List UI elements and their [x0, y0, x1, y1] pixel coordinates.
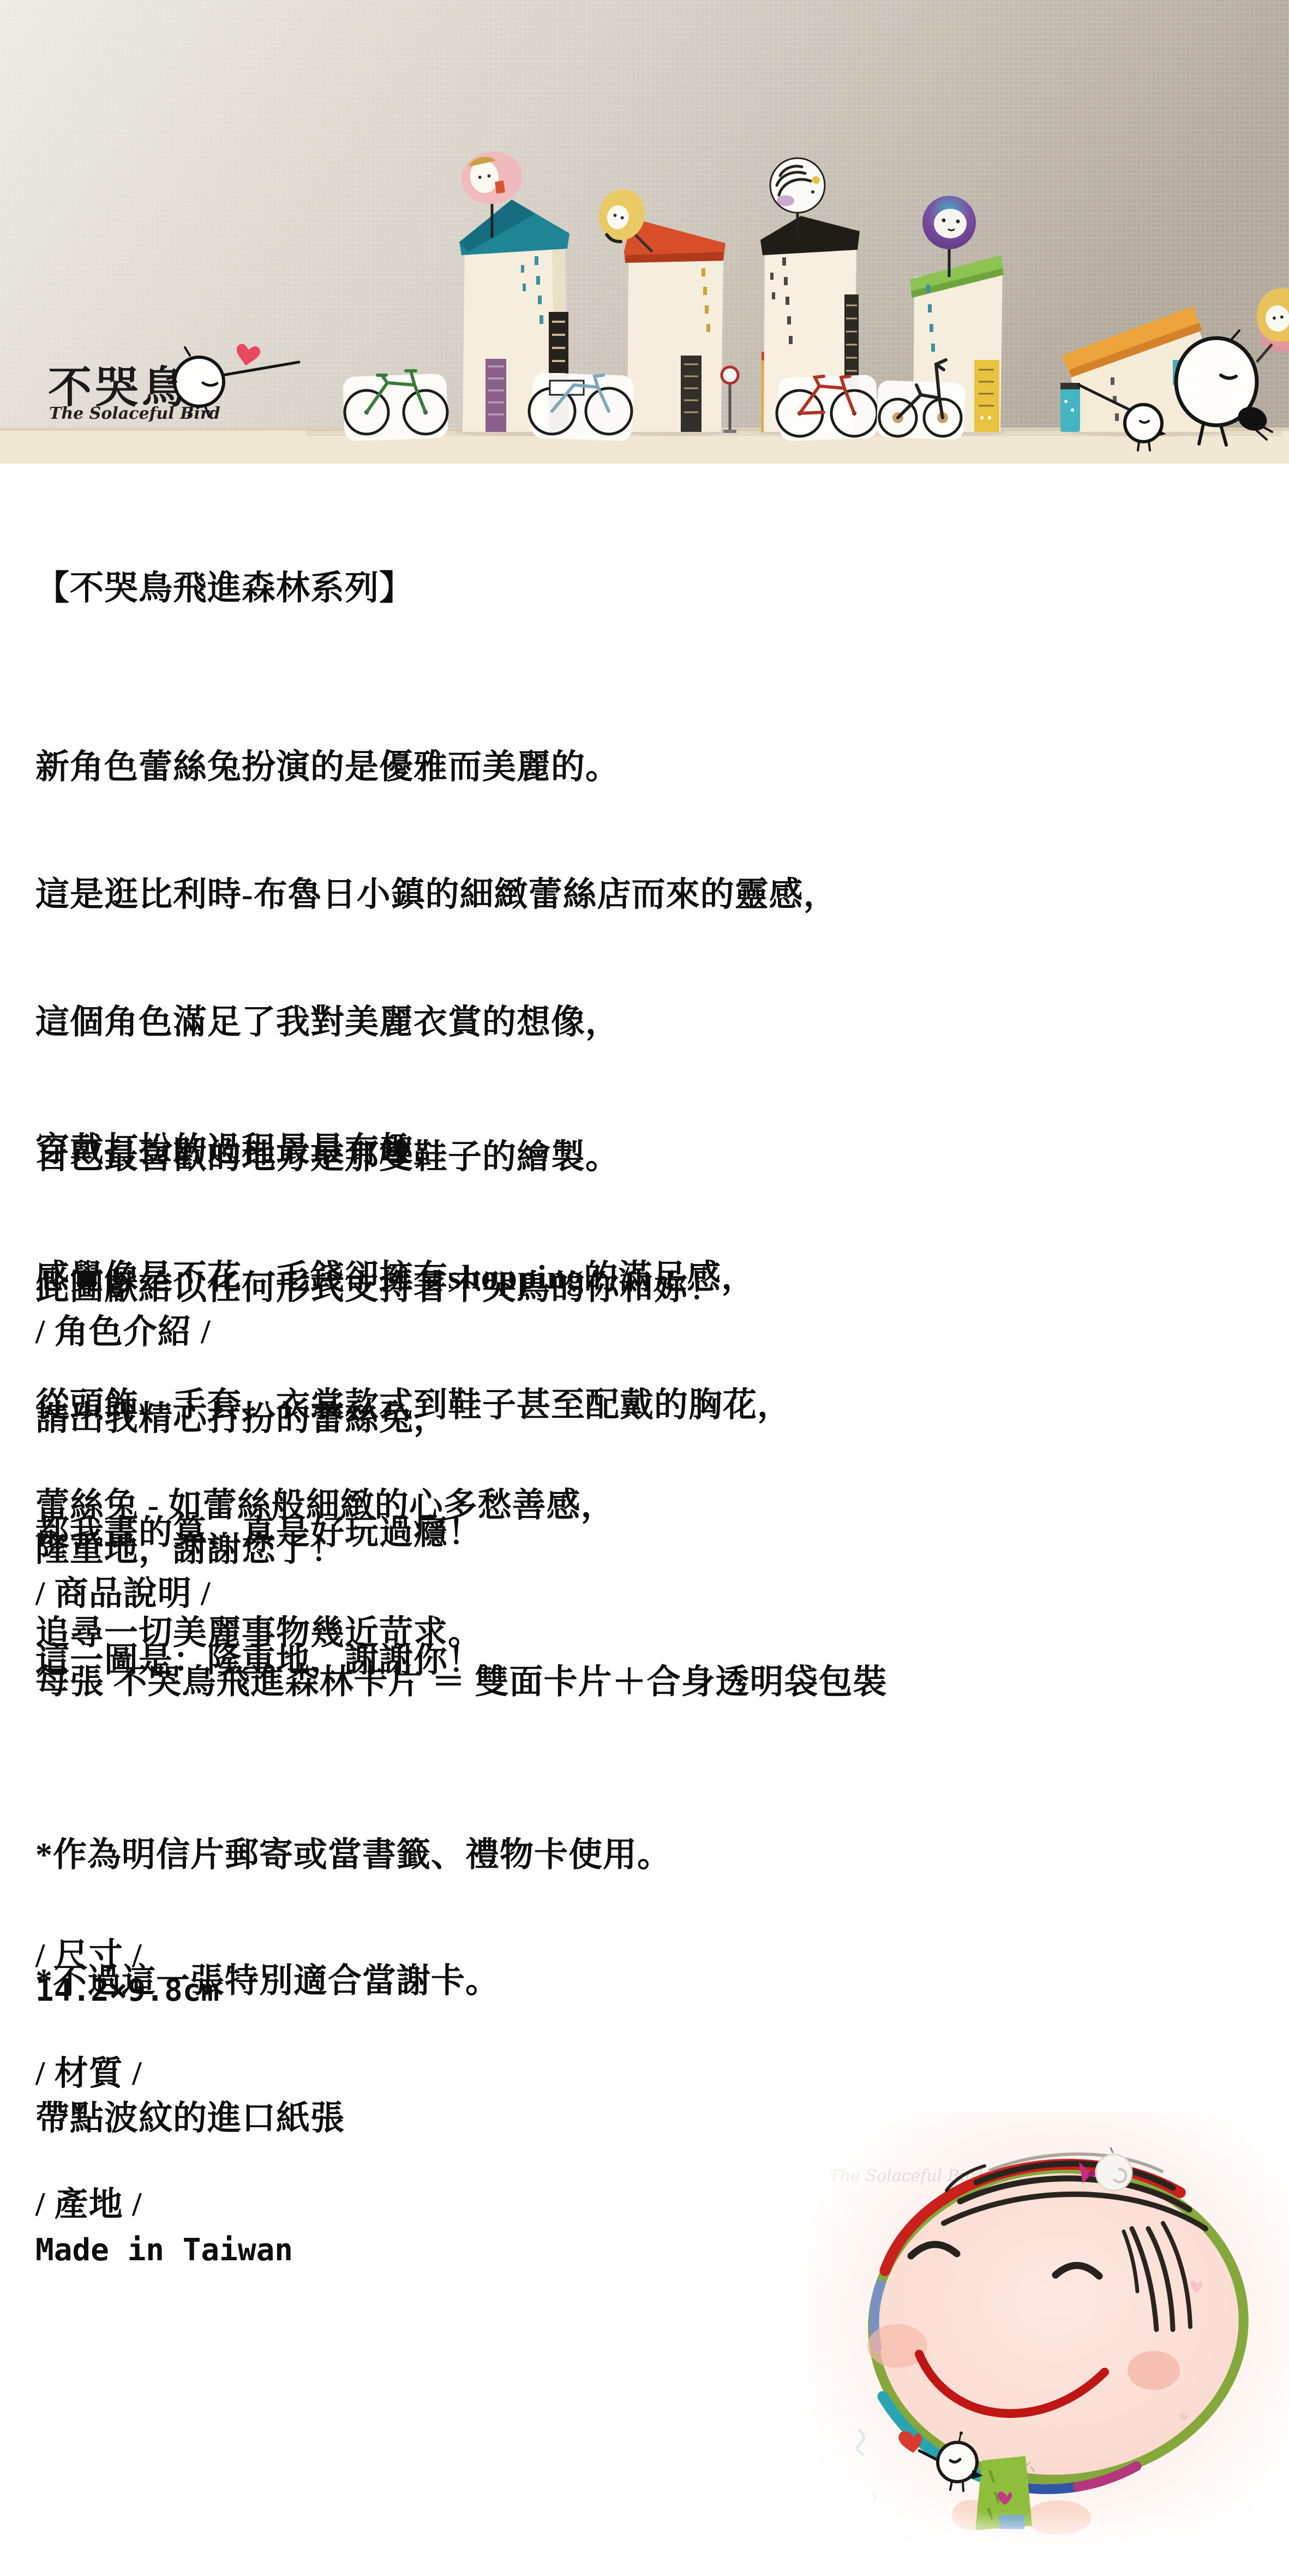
smiling-girl-illustration: The Solaceful Bird — [807, 2111, 1289, 2559]
girl-face-drawing: The Solaceful Bird — [807, 2111, 1289, 2559]
origin-value: Made in Taiwan — [35, 2229, 293, 2272]
intro-line: 這是逛比利時-布魯日小鎮的細緻蕾絲店而來的靈感， — [35, 874, 838, 916]
bicycle-green — [343, 371, 448, 441]
section-heading-material: / 材質 / — [35, 2053, 142, 2095]
product-page: 不哭鳥 The Solaceful Bird — [0, 0, 1289, 2576]
character-line: 追尋一切美麗事物幾近苛求。 — [35, 1612, 615, 1654]
character-line: 蕾絲兔 - 如蕾絲般細緻的心多愁善感， — [35, 1484, 615, 1527]
dedication-line: 此圖獻給以任何形式支持著不哭鳥的你和妳！ — [35, 1266, 723, 1310]
material-value: 帶點波紋的進口紙張 — [35, 2097, 345, 2140]
section-heading-product: / 商品說明 / — [35, 1573, 211, 1615]
banner-illustration: 不哭鳥 The Solaceful Bird — [0, 0, 1289, 464]
intro-line: 這個角色滿足了我對美麗衣賞的想像， — [35, 1001, 838, 1044]
product-formula: 每張 不哭鳥飛進森林卡片 ＝ 雙面卡片＋合身透明袋包裝 — [35, 1661, 888, 1704]
dedication-line: 自己最喜歡的地方是那雙鞋子的繪製。 — [35, 1135, 723, 1179]
intro-line: 新角色蕾絲兔扮演的是優雅而美麗的。 — [35, 746, 838, 789]
section-heading-character: / 角色介紹 / — [35, 1311, 211, 1353]
lighter-teal — [1060, 383, 1080, 432]
section-heading-origin: / 產地 / — [35, 2183, 142, 2226]
bicycle-red — [777, 375, 878, 441]
series-title: 【不哭鳥飛進森林系列】 — [35, 567, 413, 610]
bicycle-white — [529, 372, 634, 441]
banner-photo: 不哭鳥 The Solaceful Bird — [0, 0, 1289, 464]
product-note: *作為明信片郵寄或當書籤、禮物卡使用。 — [35, 1834, 672, 1876]
illustration-bottom-fade — [916, 2439, 1189, 2559]
size-value: 14.2×9.8cm — [35, 1970, 219, 2012]
product-notes: *作為明信片郵寄或當書籤、禮物卡使用。 *不過這一張特別適合當謝卡。 — [35, 1750, 672, 2086]
